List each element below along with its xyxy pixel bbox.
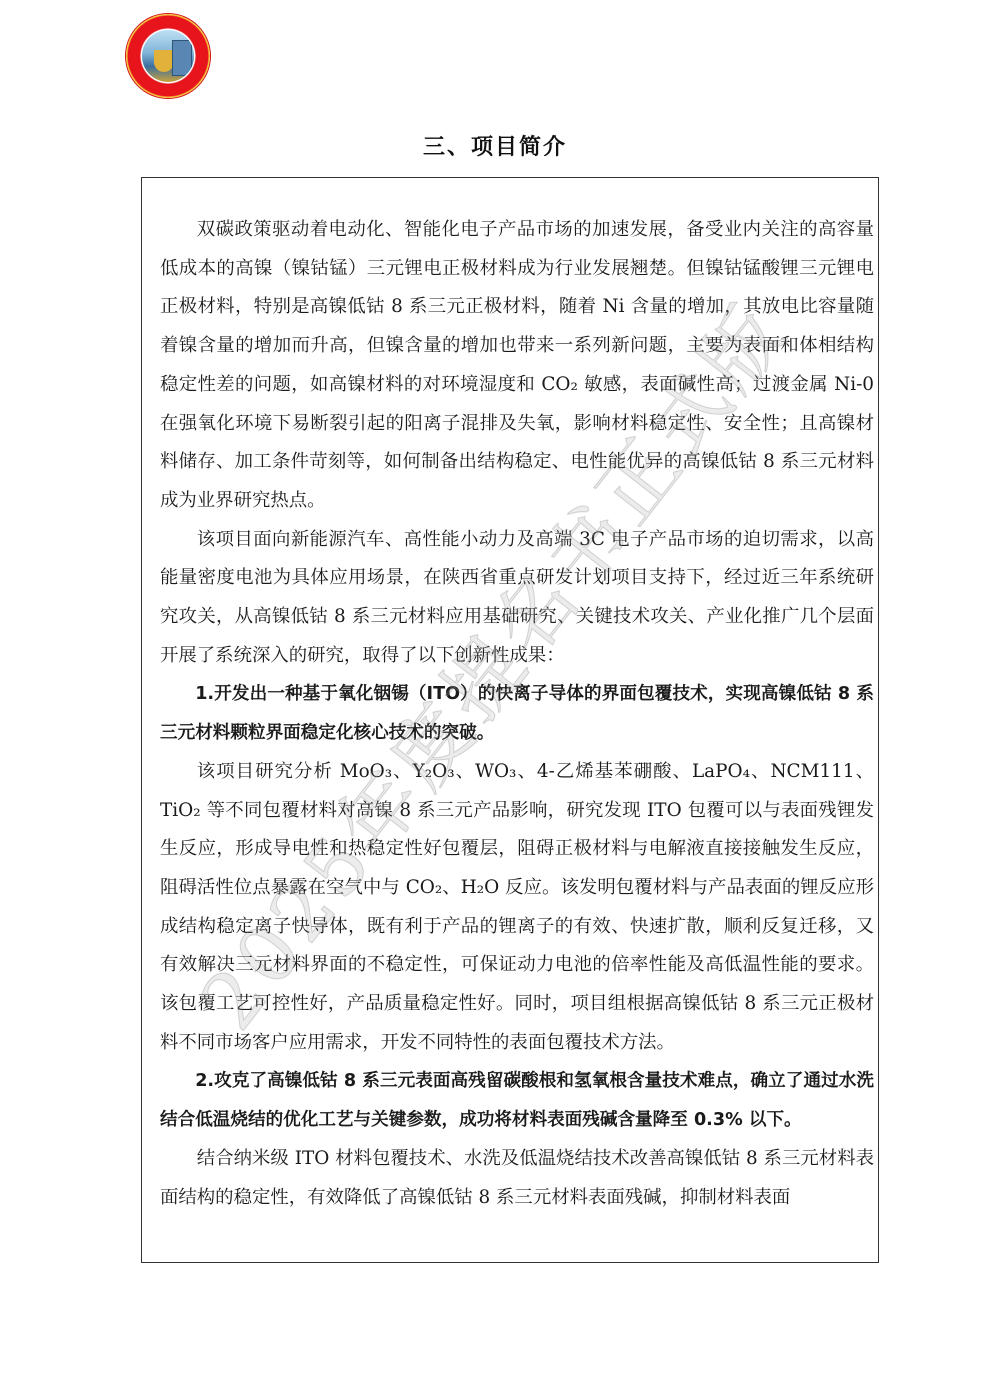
paragraph-innovation-2: 结合纳米级 ITO 材料包覆技术、水洗及低温烧结技术改善高镍低钴 8 系三元材料… xyxy=(160,1140,874,1217)
innovation-heading-1: 1.开发出一种基于氧化铟锡（ITO）的快离子导体的界面包覆技术，实现高镍低钴 8… xyxy=(160,675,874,752)
paragraph-overview: 该项目面向新能源汽车、高性能小动力及高端 3C 电子产品市场的迫切需求，以高能量… xyxy=(160,521,874,676)
project-summary: 双碳政策驱动着电动化、智能化电子产品市场的加速发展，备受业内关注的高容量低成本的… xyxy=(160,211,874,1217)
section-title: 三、项目简介 xyxy=(0,130,990,161)
trophy-icon xyxy=(154,50,174,72)
seal-logo xyxy=(126,14,210,98)
building-icon xyxy=(172,40,192,76)
paragraph-background: 双碳政策驱动着电动化、智能化电子产品市场的加速发展，备受业内关注的高容量低成本的… xyxy=(160,211,874,521)
paragraph-innovation-1: 该项目研究分析 MoO₃、Y₂O₃、WO₃、4-乙烯基苯硼酸、LaPO₄、NCM… xyxy=(160,753,874,1063)
seal-emblem xyxy=(142,30,194,82)
innovation-heading-2: 2.攻克了高镍低钴 8 系三元表面高残留碳酸根和氢氧根含量技术难点，确立了通过水… xyxy=(160,1062,874,1139)
